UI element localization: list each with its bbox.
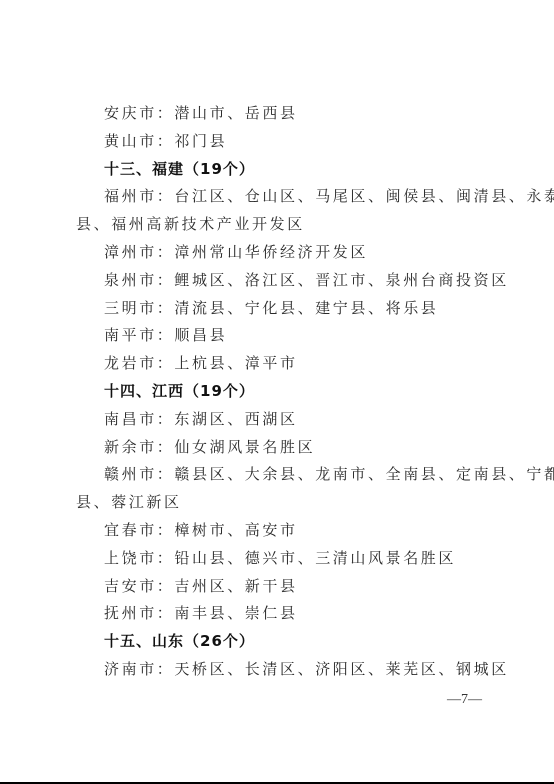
list-entry-jian: 吉安市：吉州区、新干县 [76,573,488,601]
page-number: —7— [447,692,482,708]
list-entry-shangrao: 上饶市：铅山县、德兴市、三清山风景名胜区 [76,545,488,573]
list-entry-nanchang: 南昌市：东湖区、西湖区 [76,406,488,434]
list-entry-ganzhou: 赣州市：赣县区、大余县、龙南市、全南县、定南县、宁都 [76,461,488,489]
section-heading-shandong: 十五、山东（26个） [76,628,488,656]
list-entry-zhangzhou: 漳州市：漳州常山华侨经济开发区 [76,239,488,267]
list-entry-xinyu: 新余市：仙女湖风景名胜区 [76,434,488,462]
list-entry-anqing: 安庆市：潜山市、岳西县 [76,100,488,128]
list-entry-longyan: 龙岩市：上杭县、漳平市 [76,350,488,378]
list-entry-huangshan: 黄山市：祁门县 [76,128,488,156]
section-heading-fujian: 十三、福建（19个） [76,156,488,184]
list-entry-sanming: 三明市：清流县、宁化县、建宁县、将乐县 [76,295,488,323]
document-body: 安庆市：潜山市、岳西县 黄山市：祁门县 十三、福建（19个） 福州市：台江区、仓… [76,100,488,684]
list-entry-fuzhou: 福州市：台江区、仓山区、马尾区、闽侯县、闽清县、永泰 [76,183,488,211]
list-entry-jinan: 济南市：天桥区、长清区、济阳区、莱芜区、钢城区 [76,656,488,684]
list-entry-nanping: 南平市：顺昌县 [76,322,488,350]
list-entry-ganzhou-continued: 县、蓉江新区 [76,489,488,517]
list-entry-quanzhou: 泉州市：鲤城区、洛江区、晋江市、泉州台商投资区 [76,267,488,295]
list-entry-fuzhou-continued: 县、福州高新技术产业开发区 [76,211,488,239]
section-heading-jiangxi: 十四、江西（19个） [76,378,488,406]
list-entry-fuzhou-jiangxi: 抚州市：南丰县、崇仁县 [76,600,488,628]
list-entry-yichun: 宜春市：樟树市、高安市 [76,517,488,545]
document-page: 安庆市：潜山市、岳西县 黄山市：祁门县 十三、福建（19个） 福州市：台江区、仓… [0,0,554,784]
